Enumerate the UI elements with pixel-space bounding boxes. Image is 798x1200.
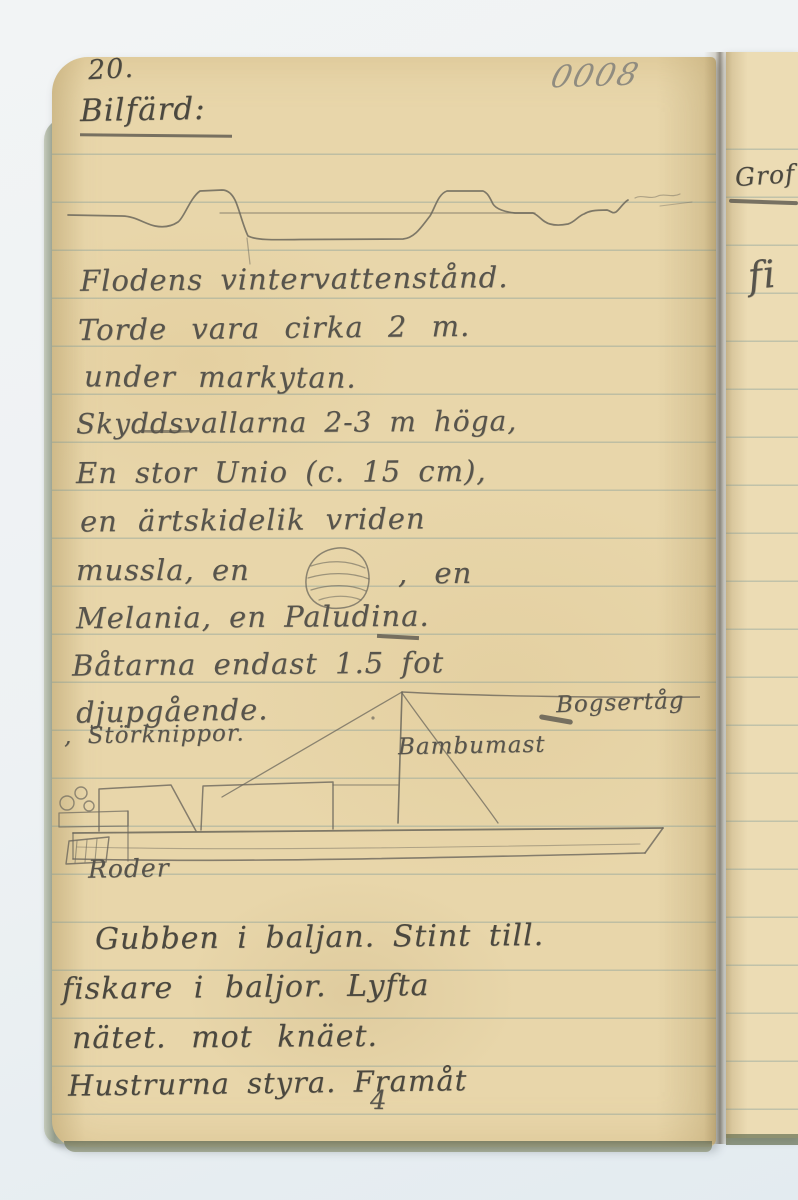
right-page-bottom-edge bbox=[726, 1134, 798, 1145]
next-page-partial-word: fi bbox=[746, 252, 779, 299]
notebook-spine-fold bbox=[704, 52, 732, 1144]
note-line: Hustrurna styra. Framåt bbox=[68, 1063, 468, 1103]
notebook-page-right bbox=[726, 52, 798, 1138]
footer-page-number: 4 bbox=[370, 1086, 388, 1116]
note-line: en ärtskidelik vriden bbox=[80, 501, 426, 538]
note-line: Gubben i baljan. Stint till. bbox=[95, 918, 544, 957]
note-line: nätet. mot knäet. bbox=[72, 1019, 378, 1056]
note-line: Båtarna endast 1.5 fot bbox=[72, 645, 445, 682]
note-line: under markytan. bbox=[84, 359, 357, 394]
towline-label: Bogsertåg bbox=[556, 688, 685, 718]
page-bottom-edge bbox=[64, 1141, 712, 1152]
vall-underline bbox=[138, 430, 192, 433]
mast-label: Bambumast bbox=[398, 732, 546, 761]
terrain-profile-sketch bbox=[60, 178, 700, 270]
note-line: Skyddsvallarna 2-3 m höga, bbox=[76, 404, 517, 440]
next-page-word: Grof bbox=[734, 159, 796, 192]
note-line: En stor Unio (c. 15 cm), bbox=[76, 454, 487, 490]
note-line: , en bbox=[398, 556, 472, 590]
note-line: Flodens vintervattenstånd. bbox=[80, 260, 509, 298]
note-line: fiskare i baljor. Lyfta bbox=[62, 968, 430, 1007]
notebook-scan: { "scan": { "page_number": "20.", "stamp… bbox=[0, 0, 798, 1200]
rudder-label: Roder bbox=[88, 853, 170, 883]
page-number: 20. bbox=[87, 53, 135, 86]
page-heading: Bilfärd: bbox=[80, 91, 206, 129]
archive-stamp-number: 0008 bbox=[547, 56, 644, 95]
bundles-label: , Störknippor. bbox=[64, 720, 245, 749]
note-line: Melania, en Paludina. bbox=[76, 599, 430, 635]
note-line: mussla, en bbox=[76, 553, 250, 587]
note-line: Torde vara cirka 2 m. bbox=[78, 309, 471, 347]
